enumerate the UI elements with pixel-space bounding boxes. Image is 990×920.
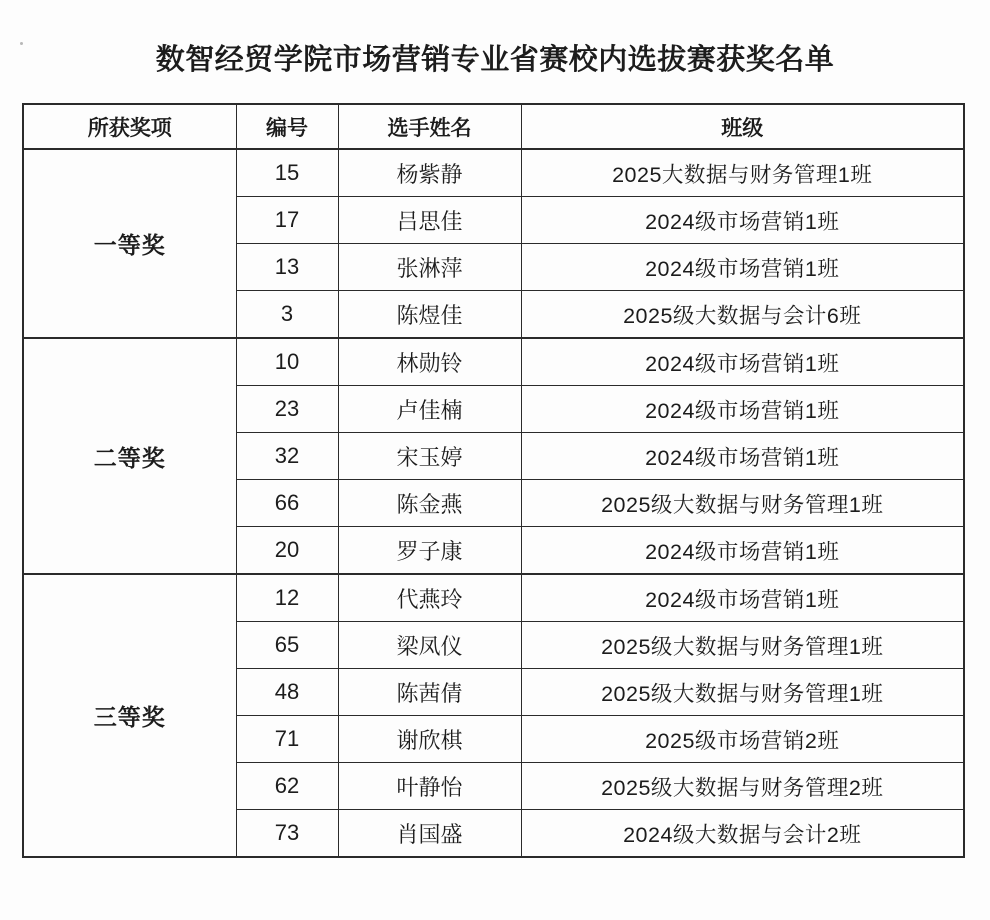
contestant-class: 2024级市场营销1班 bbox=[521, 527, 964, 575]
contestant-name: 叶静怡 bbox=[338, 763, 521, 810]
col-header-award: 所获奖项 bbox=[23, 104, 236, 149]
contestant-class: 2025级市场营销2班 bbox=[521, 716, 964, 763]
contestant-class: 2024级市场营销1班 bbox=[521, 338, 964, 386]
contestant-number: 48 bbox=[236, 669, 338, 716]
contestant-name: 罗子康 bbox=[338, 527, 521, 575]
award-label-third-prize: 三等奖 bbox=[23, 574, 236, 857]
contestant-number: 17 bbox=[236, 197, 338, 244]
contestant-name: 陈金燕 bbox=[338, 480, 521, 527]
contestant-class: 2024级市场营销1班 bbox=[521, 574, 964, 622]
contestant-number: 23 bbox=[236, 386, 338, 433]
contestant-name: 林勋铃 bbox=[338, 338, 521, 386]
table-row: 三等奖 12 代燕玲 2024级市场营销1班 bbox=[23, 574, 964, 622]
contestant-number: 65 bbox=[236, 622, 338, 669]
award-label-first-prize: 一等奖 bbox=[23, 149, 236, 338]
contestant-class: 2025大数据与财务管理1班 bbox=[521, 149, 964, 197]
contestant-class: 2025级大数据与财务管理1班 bbox=[521, 480, 964, 527]
contestant-name: 陈茜倩 bbox=[338, 669, 521, 716]
contestant-name: 杨紫静 bbox=[338, 149, 521, 197]
col-header-number: 编号 bbox=[236, 104, 338, 149]
contestant-name: 梁凤仪 bbox=[338, 622, 521, 669]
table-row: 二等奖 10 林勋铃 2024级市场营销1班 bbox=[23, 338, 964, 386]
contestant-name: 肖国盛 bbox=[338, 810, 521, 858]
contestant-number: 13 bbox=[236, 244, 338, 291]
contestant-name: 吕思佳 bbox=[338, 197, 521, 244]
contestant-class: 2024级市场营销1班 bbox=[521, 197, 964, 244]
contestant-class: 2025级大数据与财务管理1班 bbox=[521, 622, 964, 669]
contestant-class: 2024级市场营销1班 bbox=[521, 386, 964, 433]
awards-table: 所获奖项 编号 选手姓名 班级 一等奖 15 杨紫静 2025大数据与财务管理1… bbox=[22, 103, 965, 858]
page-title: 数智经贸学院市场营销专业省赛校内选拔赛获奖名单 bbox=[0, 41, 990, 79]
contestant-number: 10 bbox=[236, 338, 338, 386]
col-header-name: 选手姓名 bbox=[338, 104, 521, 149]
contestant-number: 32 bbox=[236, 433, 338, 480]
contestant-name: 卢佳楠 bbox=[338, 386, 521, 433]
contestant-name: 谢欣棋 bbox=[338, 716, 521, 763]
contestant-number: 73 bbox=[236, 810, 338, 858]
contestant-class: 2025级大数据与财务管理2班 bbox=[521, 763, 964, 810]
contestant-class: 2024级市场营销1班 bbox=[521, 244, 964, 291]
contestant-number: 66 bbox=[236, 480, 338, 527]
col-header-class: 班级 bbox=[521, 104, 964, 149]
contestant-name: 代燕玲 bbox=[338, 574, 521, 622]
contestant-class: 2025级大数据与财务管理1班 bbox=[521, 669, 964, 716]
contestant-number: 62 bbox=[236, 763, 338, 810]
contestant-name: 宋玉婷 bbox=[338, 433, 521, 480]
award-group-second-prize: 二等奖 10 林勋铃 2024级市场营销1班 23 卢佳楠 2024级市场营销1… bbox=[23, 338, 964, 574]
contestant-name: 陈煜佳 bbox=[338, 291, 521, 339]
contestant-number: 3 bbox=[236, 291, 338, 339]
contestant-class: 2024级大数据与会计2班 bbox=[521, 810, 964, 858]
contestant-class: 2025级大数据与会计6班 bbox=[521, 291, 964, 339]
award-group-first-prize: 一等奖 15 杨紫静 2025大数据与财务管理1班 17 吕思佳 2024级市场… bbox=[23, 149, 964, 338]
contestant-name: 张淋萍 bbox=[338, 244, 521, 291]
contestant-number: 15 bbox=[236, 149, 338, 197]
header-row: 所获奖项 编号 选手姓名 班级 bbox=[23, 104, 964, 149]
contestant-number: 71 bbox=[236, 716, 338, 763]
table-row: 一等奖 15 杨紫静 2025大数据与财务管理1班 bbox=[23, 149, 964, 197]
contestant-number: 20 bbox=[236, 527, 338, 575]
award-label-second-prize: 二等奖 bbox=[23, 338, 236, 574]
contestant-class: 2024级市场营销1班 bbox=[521, 433, 964, 480]
award-group-third-prize: 三等奖 12 代燕玲 2024级市场营销1班 65 梁凤仪 2025级大数据与财… bbox=[23, 574, 964, 857]
contestant-number: 12 bbox=[236, 574, 338, 622]
